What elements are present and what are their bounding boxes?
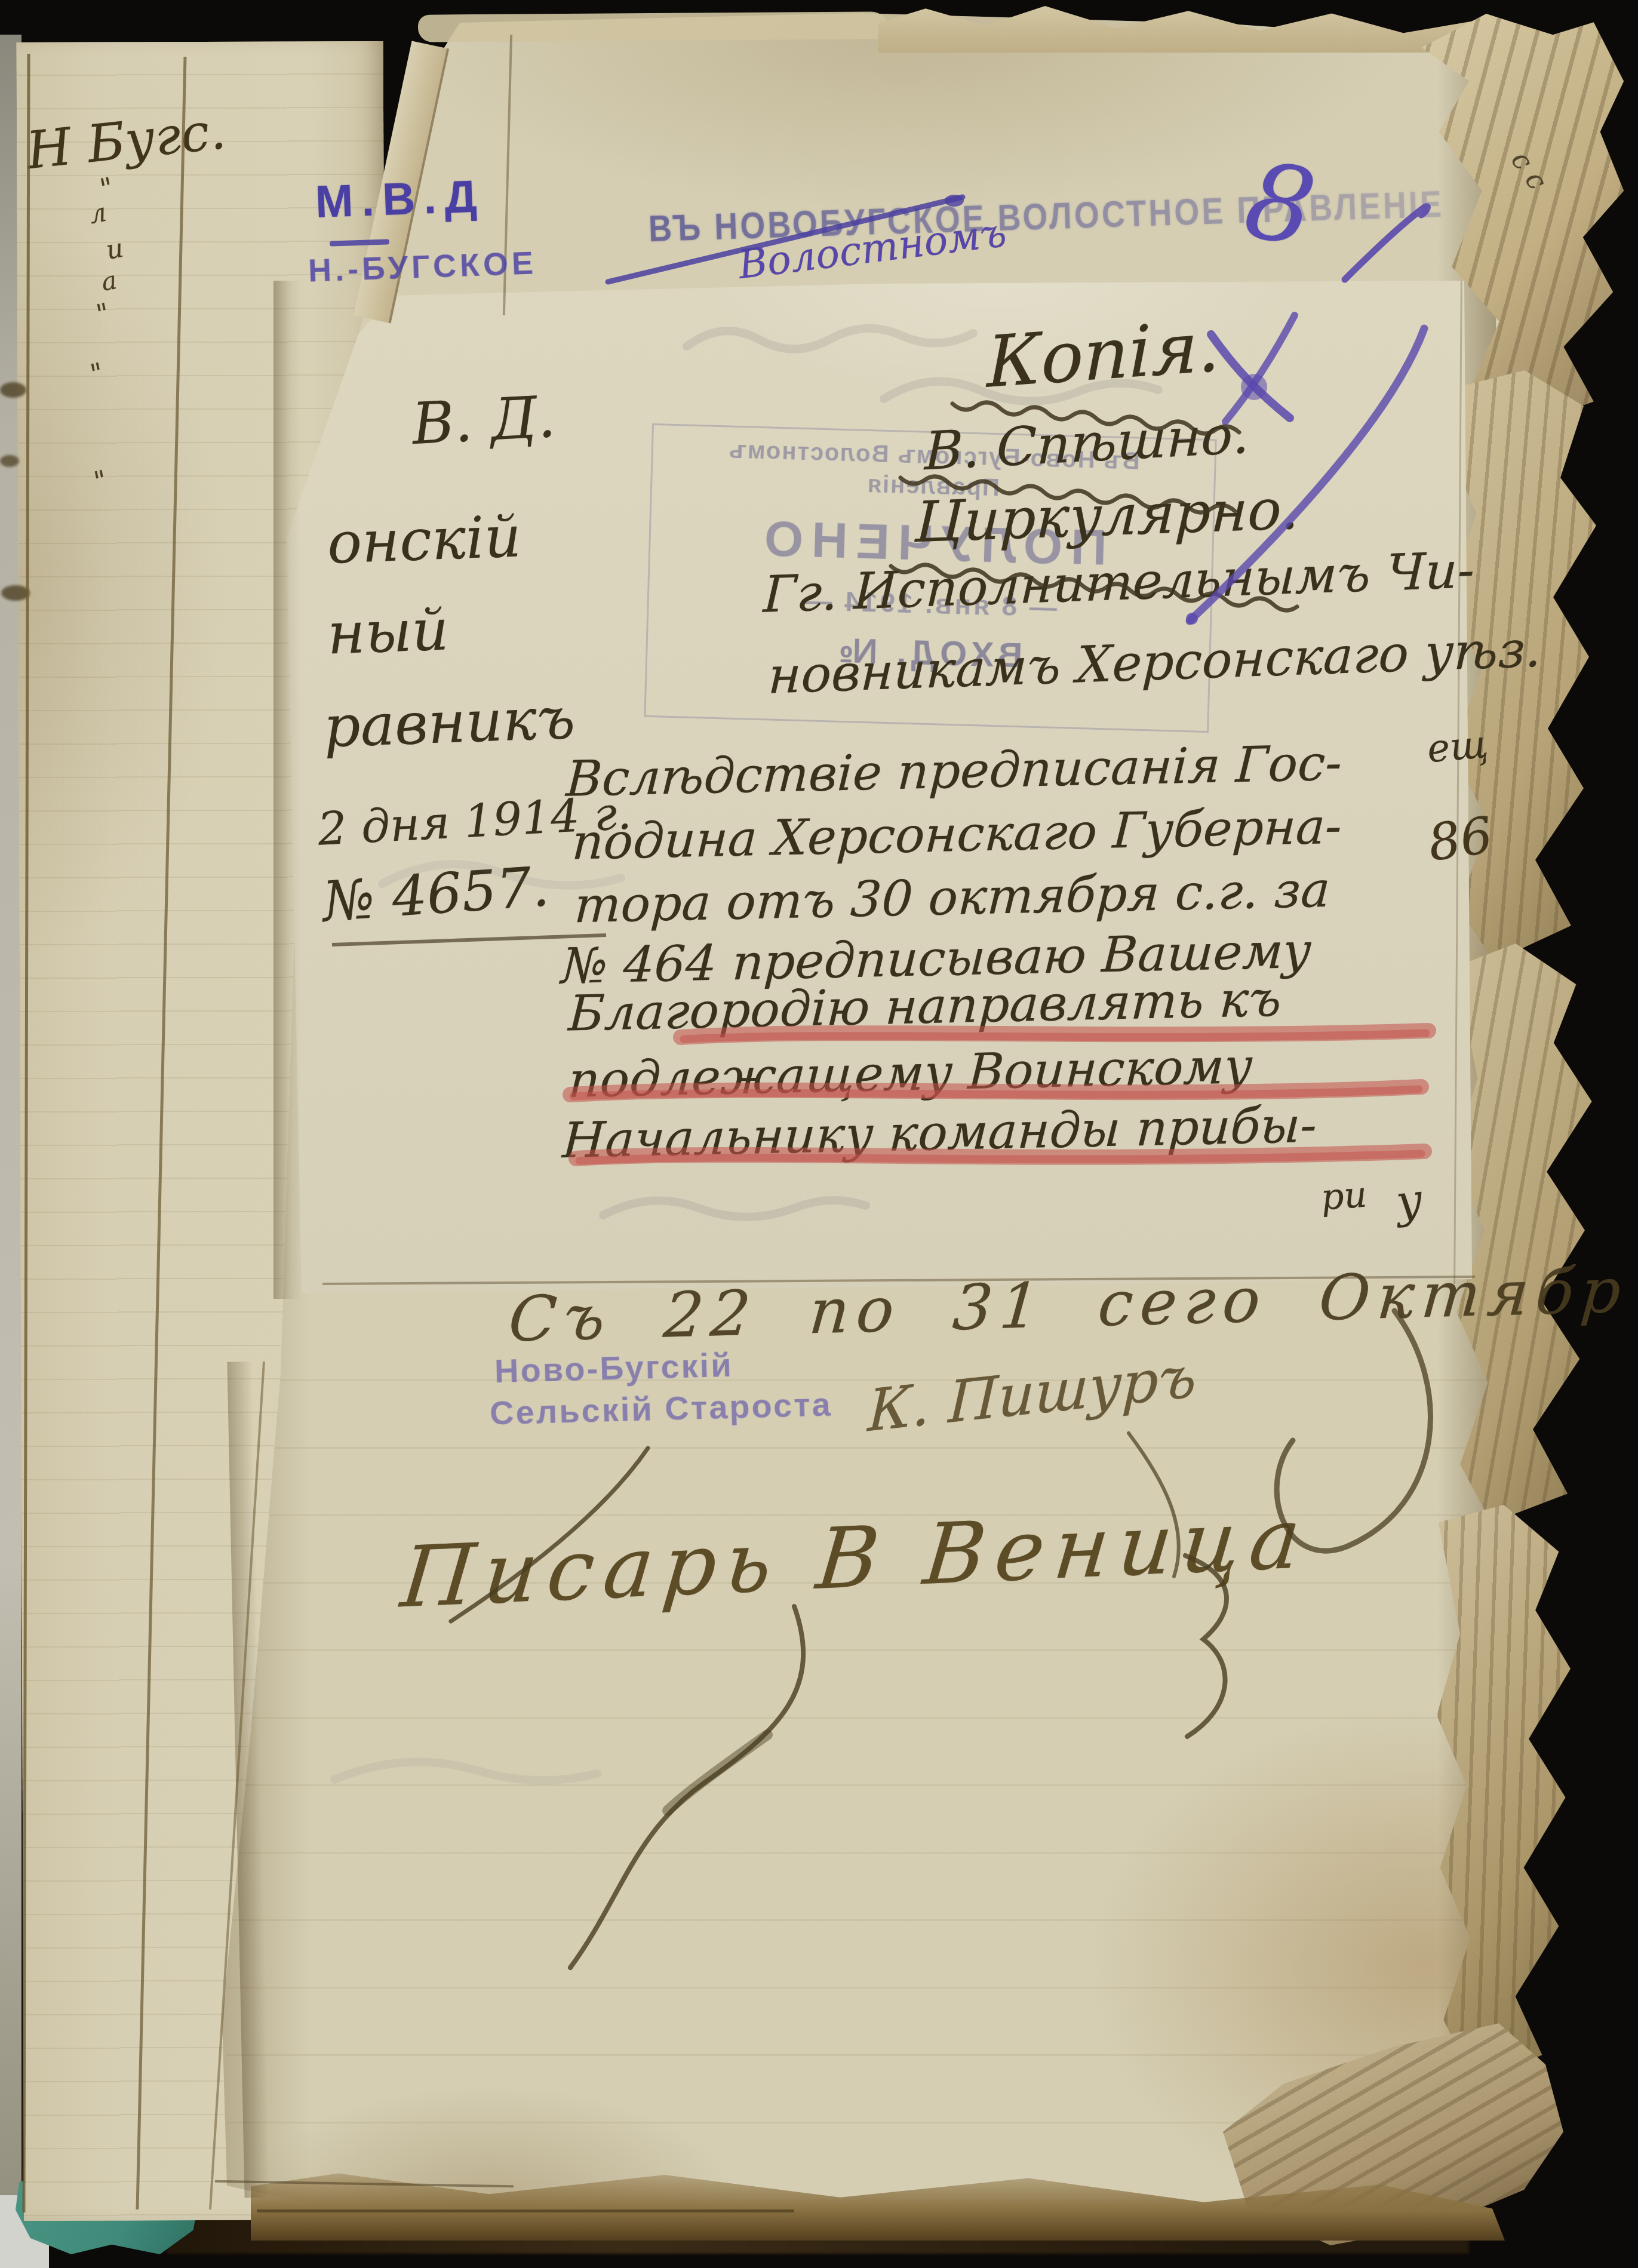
ink-smudge bbox=[0, 455, 19, 467]
letterhead-line: равникъ bbox=[322, 685, 576, 761]
ink-smudge bbox=[0, 382, 26, 398]
letterhead-line: В. Д. bbox=[410, 383, 557, 457]
margin-mark-mid-right: 86 bbox=[1425, 806, 1496, 872]
starosta-stamp-line1: Ново-Бугскій bbox=[494, 1345, 733, 1390]
mvd-stamp-line1: М.В.Д bbox=[315, 170, 486, 228]
circular-heading: Циркулярно. bbox=[914, 477, 1300, 556]
letterhead-line: ный bbox=[326, 596, 450, 667]
copy-left-fold-shadow bbox=[273, 281, 301, 1299]
margin-mark-top-right: ещ bbox=[1425, 723, 1490, 772]
margin-mark-low-right-2: у bbox=[1393, 1173, 1425, 1228]
top-ragged-strip bbox=[878, 4, 1475, 53]
copy-heading: Копія. bbox=[987, 305, 1220, 404]
ink-smudge bbox=[1, 585, 30, 601]
archival-document-scan: Н Бугс. " л и а " " " М.В.Д Н.-БУГСКОЕ В… bbox=[0, 0, 1638, 2268]
bottom-left-edge-line-2 bbox=[257, 2209, 794, 2212]
letterhead-line: онскій bbox=[326, 503, 522, 576]
margin-mark-low-right-1: ри bbox=[1320, 1173, 1369, 1218]
top-edge-strip bbox=[418, 11, 890, 42]
